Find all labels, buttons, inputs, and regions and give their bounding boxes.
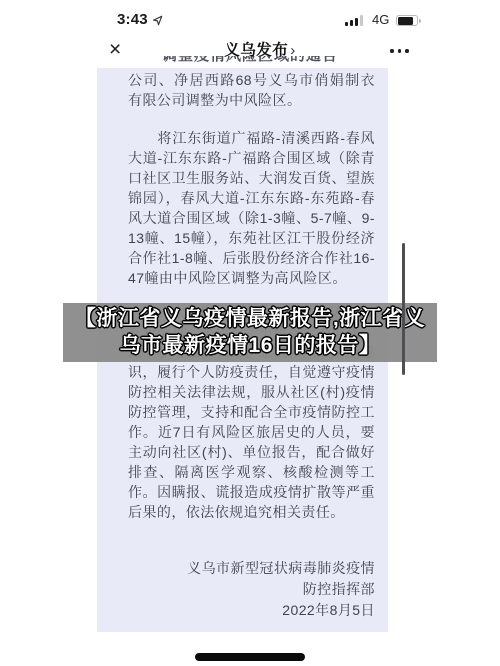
signature-line: 防控指挥部 [128, 579, 375, 600]
more-menu-icon[interactable] [390, 49, 409, 53]
location-arrow-icon [152, 14, 163, 26]
battery-icon [396, 15, 422, 26]
clock-text: 3:43 [117, 11, 148, 28]
scrollbar-thumb[interactable] [402, 243, 405, 375]
notice-paragraph: 将江东街道广福路-清溪西路-春风大道-江东东路-广福路合围区域（除青口社区卫生服… [128, 128, 375, 288]
notice-signature: 义乌市新型冠状病毒肺炎疫情 防控指挥部 2022年8月5日 [128, 558, 375, 621]
overlay-title-banner: 【浙江省义乌疫情最新报告,浙江省义乌市最新疫情16日的报告】 [63, 303, 437, 362]
phone-screen: 3:43 4G × 义乌发布› 调整疫情风险区域的通告 公司、净居西路68号义乌… [0, 0, 500, 666]
network-type-label: 4G [372, 12, 389, 27]
clipped-heading-fragment: 调整疫情风险区域的通告 [150, 56, 350, 67]
home-indicator[interactable] [195, 653, 305, 661]
overlay-title-text: 【浙江省义乌疫情最新报告,浙江省义乌市最新疫情16日的报告】 [73, 305, 427, 359]
status-bar-time: 3:43 [117, 11, 163, 28]
signature-date: 2022年8月5日 [128, 600, 375, 621]
cellular-signal-icon [345, 15, 363, 26]
notice-paragraph: 公司、净居西路68号义乌市俏娟制衣有限公司调整为中风险区。 [128, 70, 375, 110]
signature-line: 义乌市新型冠状病毒肺炎疫情 [128, 558, 375, 579]
